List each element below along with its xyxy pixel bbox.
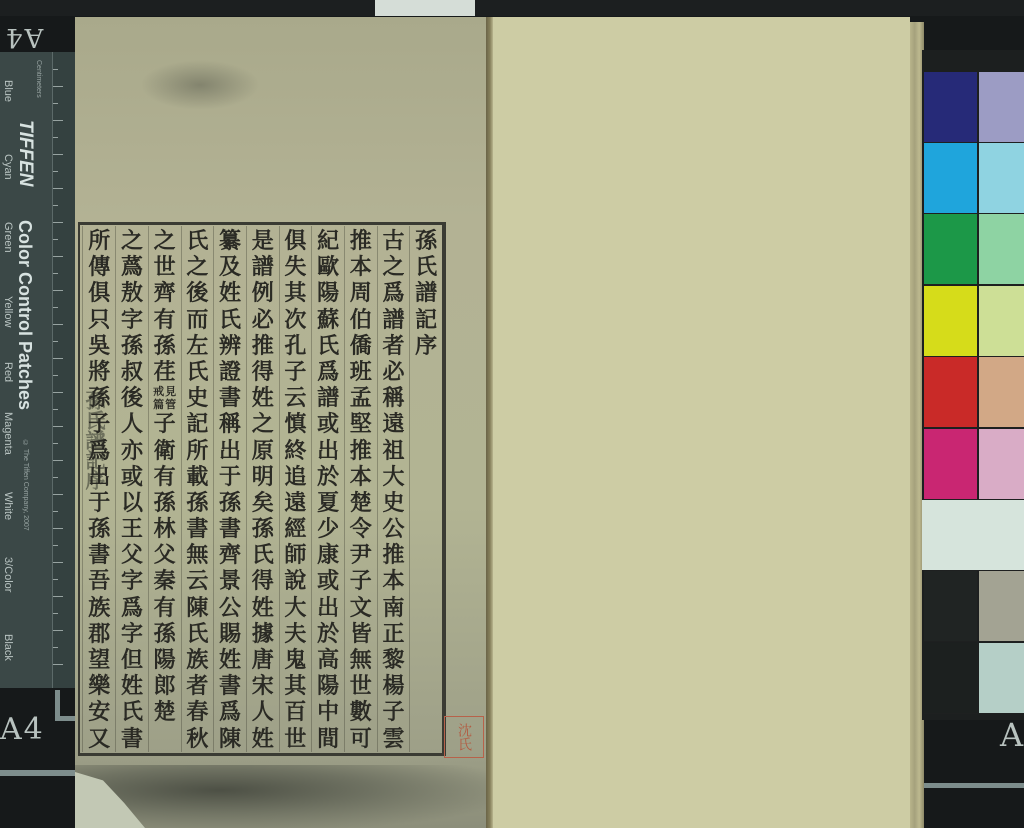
color-patch-cyan-light	[979, 143, 1024, 214]
tiffen-title: Color Control Patches	[14, 220, 35, 410]
ruler-unit-label: Centimeters	[35, 60, 42, 98]
page-stain	[140, 60, 260, 110]
color-patch-yellow-light	[979, 286, 1024, 357]
red-seal: 沈氏	[444, 716, 484, 758]
text-column: 古之爲譜者必稱遠祖大史公推本南正黎楊子雲	[377, 226, 410, 752]
color-patch-3color-dark	[924, 571, 978, 642]
text-column: 所傳俱只吳將孫子爲出于孫書吾族郡望樂安又	[82, 226, 115, 752]
guide-line	[922, 783, 1024, 788]
color-patch-magenta-dark	[924, 429, 978, 500]
color-patch-red-dark	[924, 357, 978, 428]
color-patch-cyan-dark	[924, 143, 978, 214]
patch-label-3color: 3/Color	[2, 557, 14, 592]
patch-label-white: White	[2, 492, 14, 520]
color-patch-black-dark	[924, 643, 978, 714]
tiffen-copyright: © The Tiffen Company, 2007	[22, 440, 29, 531]
color-patch-green-light	[979, 214, 1024, 285]
ruler	[52, 52, 75, 688]
color-patch-red-light	[979, 357, 1024, 428]
color-patch-blue-light	[979, 72, 1024, 143]
guide-line	[0, 770, 75, 776]
text-column: 是譜例必推得姓之原明矣孫氏得姓據唐宋人姓	[246, 226, 279, 752]
a-marker-right: A	[1000, 716, 1024, 754]
text-column: 推本周伯僑班孟堅推本楚令尹子文皆無世數可	[344, 226, 377, 752]
color-patch-3color-light	[979, 571, 1024, 642]
a4-marker-bottom-left: A4	[0, 712, 45, 747]
right-page-blank	[493, 17, 910, 828]
patch-label-black: Black	[2, 634, 14, 661]
color-patch-white	[922, 500, 1024, 571]
color-patch-blue-dark	[924, 72, 978, 143]
patch-label-red: Red	[2, 362, 14, 382]
guide-line	[55, 716, 75, 721]
patch-label-magenta: Magenta	[2, 412, 14, 455]
a4-marker-top-left: A4	[4, 22, 43, 52]
text-column: 氏之後而左氏史記所載孫書無云陳氏族者春秋	[181, 226, 214, 752]
patch-label-cyan: Cyan	[2, 154, 14, 180]
color-patch-yellow-dark	[924, 286, 978, 357]
document-title-column: 孫氏譜記序	[409, 226, 442, 752]
color-patch-magenta-light	[979, 429, 1024, 500]
color-patch-black-light	[979, 643, 1024, 714]
color-patch-green-dark	[924, 214, 978, 285]
text-column: 纂及姓氏辨證書稱出于孫書齊景公賜姓書爲陳	[213, 226, 246, 752]
patch-label-green: Green	[2, 222, 14, 253]
tiffen-logo: TIFFEN	[14, 120, 36, 187]
patch-label-yellow: Yellow	[2, 296, 14, 327]
scan-background-top	[0, 0, 1024, 16]
scan-background-light-strip	[375, 0, 475, 16]
text-column: 之蔿敖字孫叔後人亦或以王父字爲字但姓氏書	[115, 226, 148, 752]
patch-label-blue: Blue	[2, 80, 14, 102]
text-columns: 孫氏譜記序古之爲譜者必稱遠祖大史公推本南正黎楊子雲推本周伯僑班孟堅推本楚令尹子文…	[82, 226, 442, 752]
text-column: 俱失其次孔子云慎終追遠經師說大夫鬼其百世	[279, 226, 312, 752]
text-column: 紀歐陽蘇氏爲譜或出於夏少康或出於高陽中間	[311, 226, 344, 752]
text-column: 之世齊有孫荏見管戒篇子衛有孫林父秦有孫陽郎楚	[148, 226, 181, 752]
